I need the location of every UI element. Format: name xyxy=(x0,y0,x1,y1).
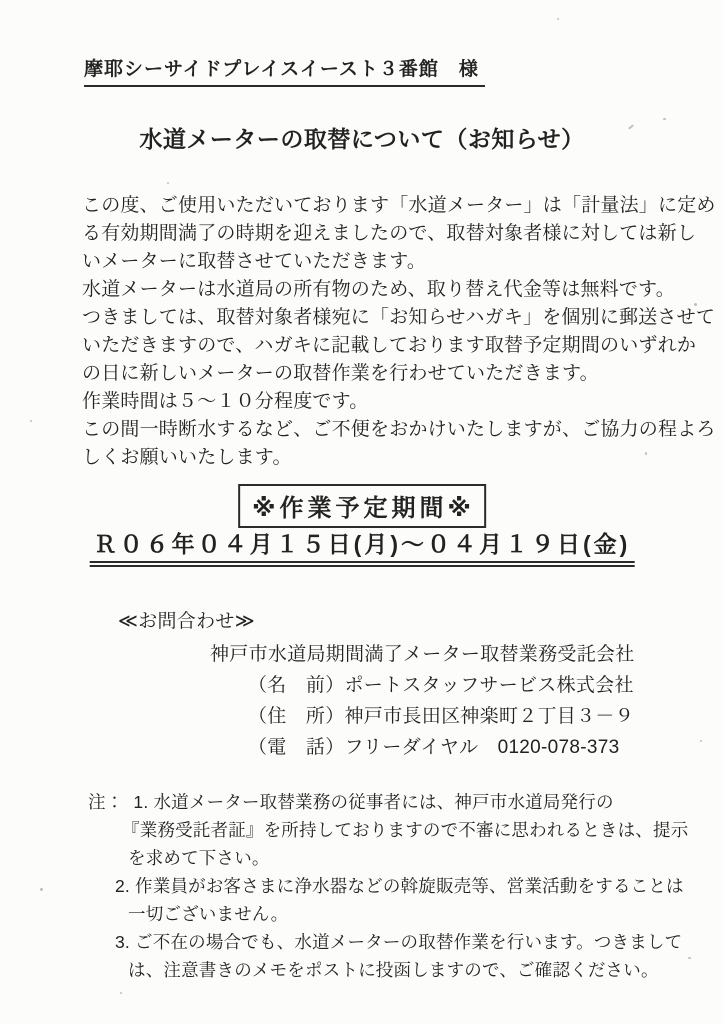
scan-speck xyxy=(40,888,43,891)
scanned-notice-page: 摩耶シーサイドプレイスイースト３番館 様 水道メーターの取替について（お知らせ）… xyxy=(0,0,724,1024)
scan-speck xyxy=(688,957,691,959)
note-line: は、注意書きのメモをポストに投函しますので、ご確認ください。 xyxy=(88,956,698,984)
contact-name: （名 前）ポートスタッフサービス株式会社 xyxy=(248,670,635,701)
body-line: いメーターに取替させていただきます。 xyxy=(82,248,682,276)
body-line: この度、ご使用いただいております「水道メーター」は「計量法」に定め xyxy=(82,192,682,220)
addressee-line: 摩耶シーサイドプレイスイースト３番館 様 xyxy=(84,54,485,87)
scan-speck xyxy=(663,118,666,120)
body-line: しくお願いいたします。 xyxy=(82,444,682,472)
work-period-heading: ※作業予定期間※ xyxy=(252,495,475,522)
body-line: この間一時断水するなど、ご不便をおかけいたしますが、ご協力の程よろ xyxy=(82,416,682,444)
scan-speck xyxy=(557,18,559,20)
body-line: つきましては、取替対象者様宛に「お知らせハガキ」を個別に郵送させて xyxy=(82,304,682,332)
notes-section: 注：1. 水道メーター取替業務の従事者には、神戸市水道局発行の 『業務受託者証』… xyxy=(88,788,698,984)
body-line: 作業時間は５～１０分程度です。 xyxy=(82,388,682,416)
work-period-dates: Ｒ０６年０４月１５日(月)～０４月１９日(金) xyxy=(90,526,635,567)
notice-title: 水道メーターの取替について（お知らせ） xyxy=(0,121,724,154)
contact-address: （住 所）神戸市長田区神楽町２丁目３－９ xyxy=(248,701,635,732)
scan-speck xyxy=(30,420,32,422)
note-line: 『業務受託者証』を所持しておりますので不審に思われるときは、提示 xyxy=(88,816,698,844)
scan-speck xyxy=(700,740,702,742)
note-line: を求めて下さい。 xyxy=(88,844,698,872)
note-line: 一切ございません。 xyxy=(88,900,698,928)
note-line: 3. ご不在の場合でも、水道メーターの取替作業を行います。つきまして xyxy=(88,928,698,956)
notice-body: この度、ご使用いただいております「水道メーター」は「計量法」に定め る有効期間満… xyxy=(82,192,682,472)
scan-speck xyxy=(120,992,122,994)
body-line: 水道メーターは水道局の所有物のため、取り替え代金等は無料です。 xyxy=(82,276,682,304)
contact-company: 神戸市水道局期間満了メーター取替業務受託会社 xyxy=(210,639,635,670)
scan-speck xyxy=(645,452,647,455)
note-line: 注：1. 水道メーター取替業務の従事者には、神戸市水道局発行の xyxy=(88,788,698,816)
note-line-text: 1. 水道メーター取替業務の従事者には、神戸市水道局発行の xyxy=(133,792,613,812)
notes-label: 注： xyxy=(88,792,123,812)
body-line: る有効期間満了の時期を迎えましたので、取替対象者様に対しては新し xyxy=(82,220,682,248)
contact-phone: （電 話）フリーダイヤル 0120-078-373 xyxy=(248,732,635,763)
work-period-box: ※作業予定期間※ xyxy=(238,484,486,528)
scan-speck xyxy=(167,182,169,184)
contact-heading: ≪お問合わせ≫ xyxy=(118,606,635,637)
note-line: 2. 作業員がお客さまに浄水器などの斡旋販売等、営業活動をすることは xyxy=(88,872,698,900)
body-line: の日に新しいメーターの取替作業を行わせていただきます。 xyxy=(82,360,682,388)
body-line: いただきますので、ハガキに記載しております取替予定期間のいずれか xyxy=(82,332,682,360)
contact-section: ≪お問合わせ≫ 神戸市水道局期間満了メーター取替業務受託会社 （名 前）ポートス… xyxy=(118,606,635,763)
scan-speck xyxy=(694,303,697,306)
